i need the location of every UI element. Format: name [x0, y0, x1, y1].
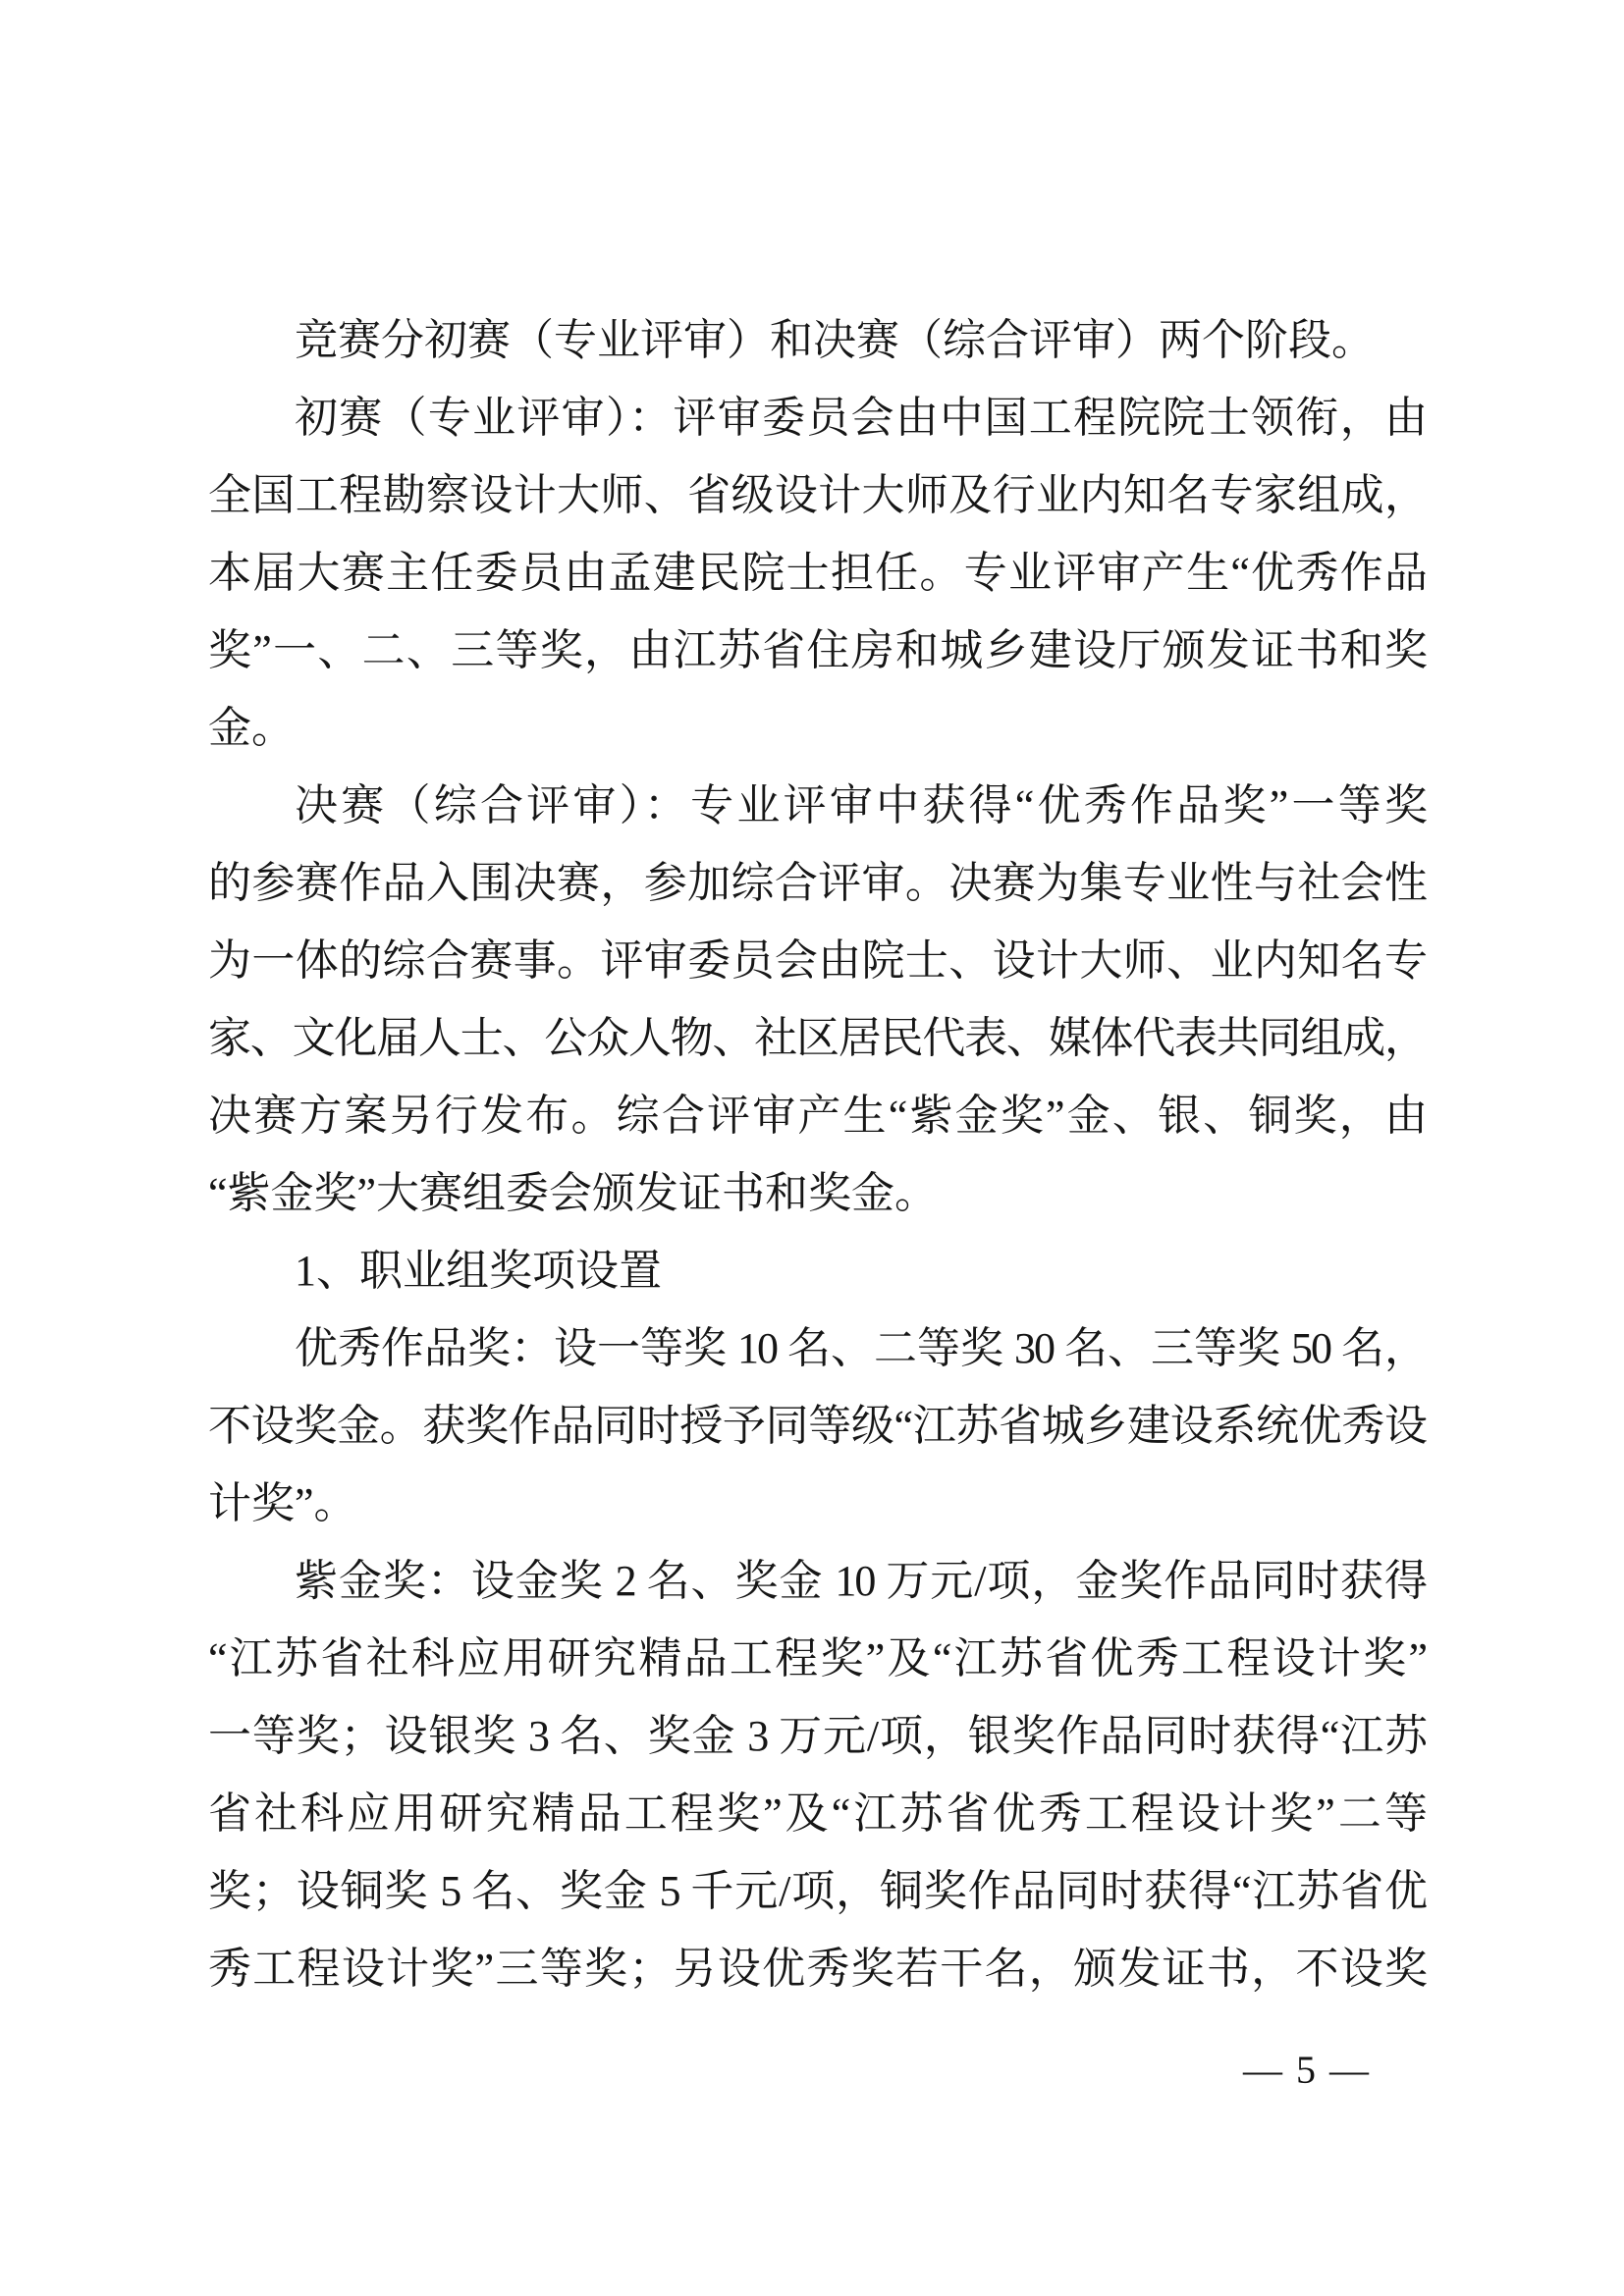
text-line: “紫金奖”大赛组委会颁发证书和奖金。 [208, 1154, 1426, 1232]
text-line: 省社科应用研究精品工程奖”及“江苏省优秀工程设计奖”二等 [208, 1775, 1426, 1852]
text-line: 为一体的综合赛事。评审委员会由院士、设计大师、业内知名专 [208, 922, 1426, 999]
text-line: 奖；设铜奖 5 名、奖金 5 千元/项，铜奖作品同时获得“江苏省优 [208, 1852, 1426, 1930]
text-line: 优秀作品奖：设一等奖 10 名、二等奖 30 名、三等奖 50 名， [208, 1309, 1426, 1387]
document-page: 竞赛分初赛（专业评审）和决赛（综合评审）两个阶段。 初赛（专业评审）：评审委员会… [0, 0, 1624, 2296]
text-line: 全国工程勘察设计大师、省级设计大师及行业内知名专家组成， [208, 456, 1426, 534]
text-line: 一等奖；设银奖 3 名、奖金 3 万元/项，银奖作品同时获得“江苏 [208, 1697, 1426, 1775]
text-line: 金。 [208, 689, 1426, 767]
text-line: 初赛（专业评审）：评审委员会由中国工程院院士领衔，由 [208, 379, 1426, 456]
section-heading: 1、职业组奖项设置 [208, 1232, 1426, 1309]
text-line: 家、文化届人士、公众人物、社区居民代表、媒体代表共同组成， [208, 999, 1426, 1077]
text-line: 竞赛分初赛（专业评审）和决赛（综合评审）两个阶段。 [208, 301, 1426, 379]
text-line: “江苏省社科应用研究精品工程奖”及“江苏省优秀工程设计奖” [208, 1620, 1426, 1697]
text-line: 本届大赛主任委员由孟建民院士担任。专业评审产生“优秀作品 [208, 534, 1426, 612]
text-line: 决赛方案另行发布。综合评审产生“紫金奖”金、银、铜奖，由 [208, 1077, 1426, 1154]
text-line: 奖”一、二、三等奖，由江苏省住房和城乡建设厅颁发证书和奖 [208, 612, 1426, 689]
text-line: 紫金奖：设金奖 2 名、奖金 10 万元/项，金奖作品同时获得 [208, 1542, 1426, 1620]
text-line: 秀工程设计奖”三等奖；另设优秀奖若干名，颁发证书，不设奖 [208, 1930, 1426, 2007]
text-line: 不设奖金。获奖作品同时授予同等级“江苏省城乡建设系统优秀设 [208, 1387, 1426, 1465]
text-line: 计奖”。 [208, 1465, 1426, 1542]
text-line: 的参赛作品入围决赛，参加综合评审。决赛为集专业性与社会性 [208, 844, 1426, 922]
body-text: 竞赛分初赛（专业评审）和决赛（综合评审）两个阶段。 初赛（专业评审）：评审委员会… [208, 301, 1426, 2007]
text-line: 决赛（综合评审）：专业评审中获得“优秀作品奖”一等奖 [208, 767, 1426, 844]
page-number: — 5 — [1243, 2048, 1371, 2093]
